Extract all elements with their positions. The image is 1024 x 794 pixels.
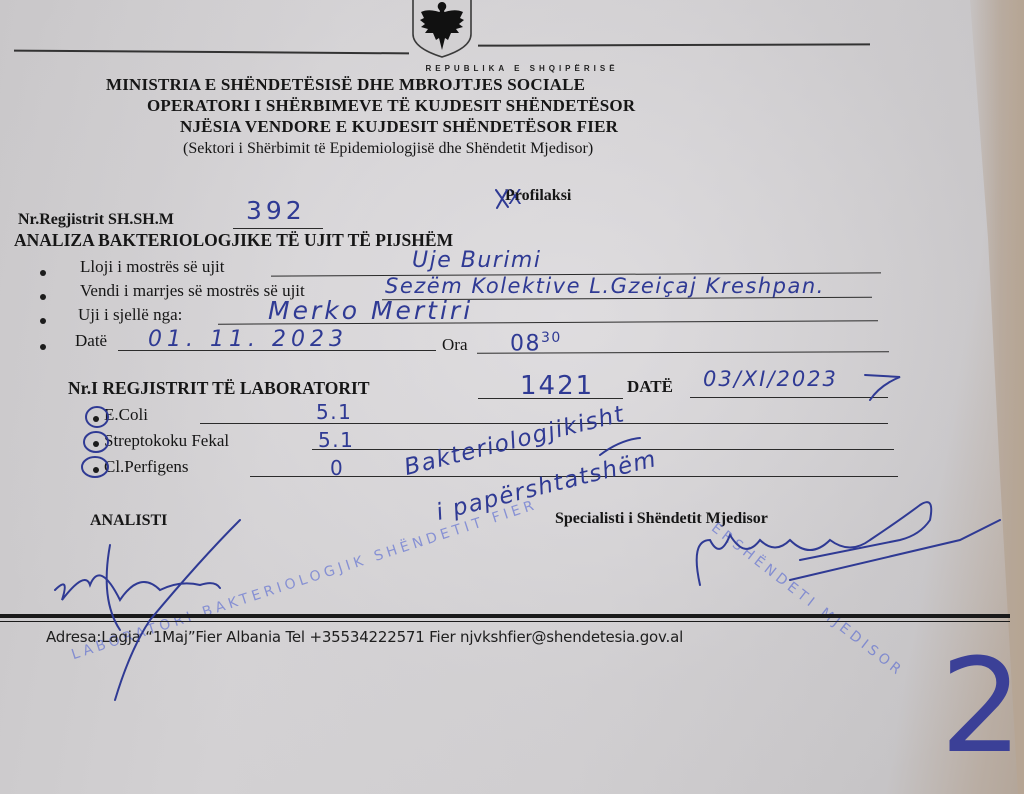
field-label-sample-type: Lloji i mostrës së ujit	[80, 257, 225, 277]
footer-rule-thick	[0, 614, 1010, 618]
bullet-icon	[93, 416, 99, 422]
operator-heading: OPERATORI I SHËRBIMEVE TË KUJDESIT SHËND…	[147, 96, 635, 116]
profilaksi-label: Profilaksi	[505, 187, 571, 205]
field-value-date[interactable]: 01. 11. 2023	[148, 327, 348, 352]
bullet-icon	[40, 294, 46, 300]
registry-label: Nr.Regjistrit SH.SH.M	[18, 211, 174, 229]
lab-registry-value[interactable]: 1421	[520, 371, 594, 401]
header-rule-left	[14, 50, 409, 55]
header-rule-right	[478, 43, 870, 46]
analysis-title: ANALIZA BAKTERIOLOGJIKE TË UJIT TË PIJSH…	[14, 230, 453, 251]
result-value-ecoli[interactable]: 5.1	[316, 400, 352, 424]
result-label-perfigens: Cl.Perfigens	[104, 457, 189, 477]
albanian-eagle-emblem-icon	[409, 0, 475, 58]
result-label-streptokoku: Streptokoku Fekal	[104, 431, 229, 451]
ministry-heading: MINISTRIA E SHËNDETËSISË DHE MBROJTJES S…	[106, 75, 585, 95]
result-value-perfigens[interactable]: 0	[330, 456, 344, 480]
bullet-icon	[93, 467, 99, 473]
field-value-sample-type[interactable]: Uje Burimi	[412, 248, 541, 273]
field-label-date: Datë	[75, 331, 107, 351]
field-label-brought-by: Uji i sjellë nga:	[78, 305, 182, 325]
result-label-ecoli: E.Coli	[104, 405, 148, 425]
lab-date-label: DATË	[627, 377, 673, 397]
bullet-icon	[40, 270, 46, 276]
registry-value[interactable]: 392	[246, 196, 306, 225]
bullet-icon	[93, 441, 99, 447]
time-value[interactable]: 0830	[510, 330, 562, 356]
time-label: Ora	[442, 335, 467, 355]
result-underline	[312, 449, 894, 450]
footer-address: Adresa:Lagja “1Maj”Fier Albania Tel +355…	[46, 628, 683, 646]
lab-date-underline	[690, 397, 888, 398]
sector-subheading: (Sektori i Shërbimit të Epidemiologjisë …	[183, 140, 593, 158]
time-hour: 08	[510, 331, 541, 356]
field-value-brought-by[interactable]: Merko Mertiri	[268, 296, 473, 325]
registry-underline	[233, 228, 323, 229]
lab-date-value[interactable]: 03/XI/2023	[703, 367, 838, 391]
result-value-streptokoku[interactable]: 5.1	[318, 428, 354, 452]
bullet-icon	[40, 318, 46, 324]
unit-heading: NJËSIA VENDORE E KUJDESIT SHËNDETËSOR FI…	[180, 117, 618, 137]
page-mark: 2	[940, 630, 1024, 782]
bullet-icon	[40, 344, 46, 350]
lab-registry-label: Nr.I REGJISTRIT TË LABORATORIT	[68, 378, 370, 399]
country-line: REPUBLIKA E SHQIPËRISË	[0, 64, 1024, 73]
field-value-sampling-place[interactable]: Sezëm Kolektive L.Gzeiçaj Kreshpan.	[385, 274, 825, 298]
specialist-stamp: ERSHËNDETI MJEDISOR	[708, 520, 907, 680]
analyst-label: ANALISTI	[90, 512, 167, 530]
time-minutes: 30	[541, 330, 562, 346]
specialist-label: Specialisti i Shëndetit Mjedisor	[555, 510, 768, 528]
footer-rule-thin	[0, 621, 1010, 622]
